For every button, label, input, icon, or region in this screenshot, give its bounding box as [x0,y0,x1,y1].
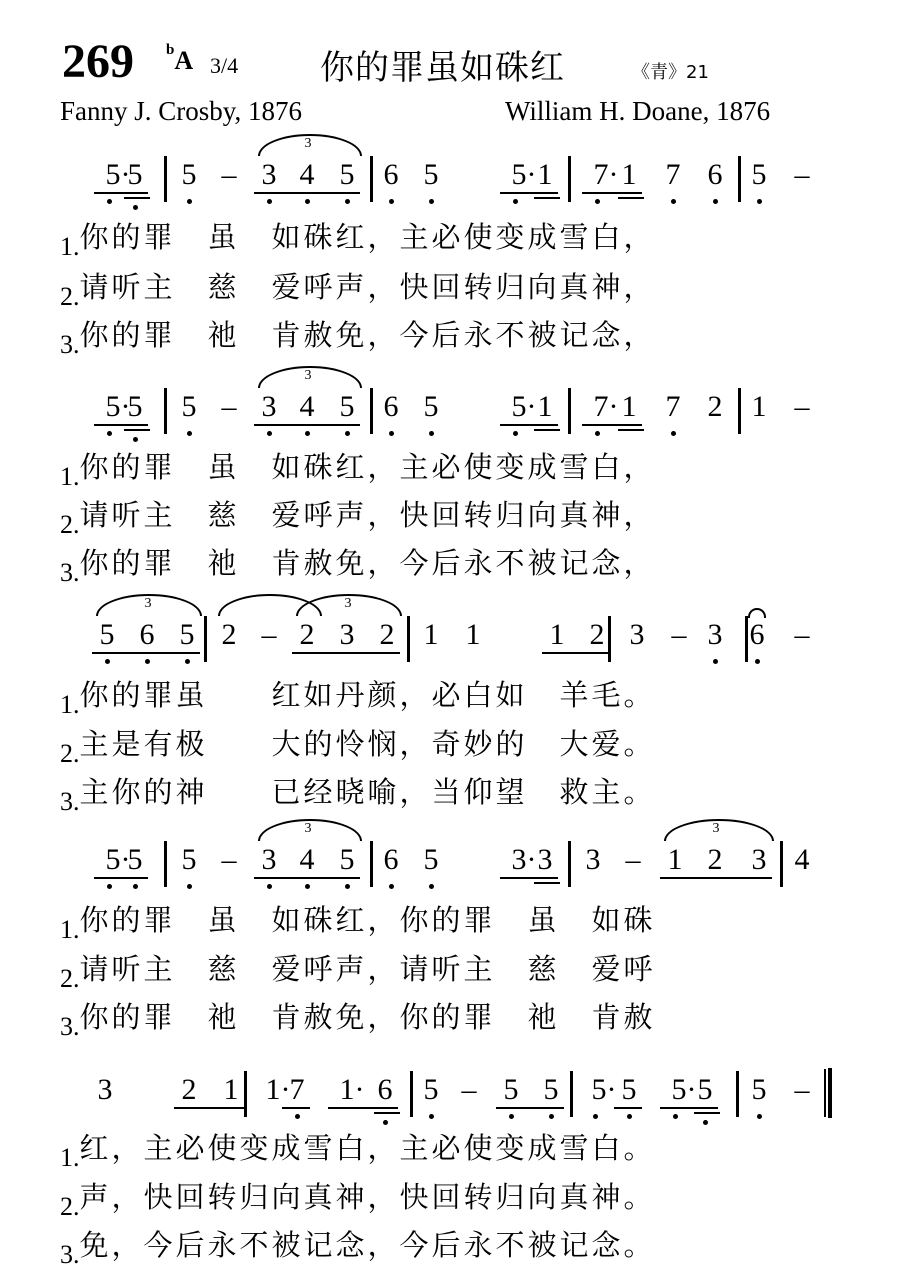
verse-number: 2. [60,510,80,539]
note: 1 [534,392,556,422]
note: 6 [374,1075,396,1105]
bar-line [164,156,167,202]
sixteenth-beam [618,197,644,199]
verse-number: 1. [60,462,80,491]
eighth-beam [282,1107,310,1109]
note: 1 [664,845,686,875]
note: 4 [296,392,318,422]
note: 1 [220,1075,242,1105]
note: 5 [420,160,442,190]
eighth-beam [174,1107,244,1109]
octave-dot-below [757,199,762,204]
bar-line [204,616,207,662]
verse-number: 1. [60,915,80,944]
lyric-text: 你的罪 祂 肯赦免，你的罪 祂 肯赦 [80,1000,656,1034]
verse-number: 1. [60,1143,80,1172]
lyric-text: 请听主 慈 爱呼声，请听主 慈 爱呼 [80,952,656,986]
octave-dot-below [713,199,718,204]
octave-dot-below [107,884,112,889]
note: 2 [218,620,240,650]
lyric-line: 1.你的罪 虽 如硃红，主必使变成雪白， [60,450,656,484]
note: 5 [500,1075,522,1105]
octave-dot-below [429,199,434,204]
octave-dot-below [107,199,112,204]
bar-line [370,841,373,887]
note: 1 [546,620,568,650]
verse-number: 3. [60,787,80,816]
note: 5 [178,845,200,875]
triplet-label: 3 [298,368,318,384]
bar-line [164,841,167,887]
octave-dot-below [513,199,518,204]
note: 1 [748,392,770,422]
triplet-label: 3 [338,596,358,612]
note: 5 [540,1075,562,1105]
lyric-text: 你的罪 虽 如硃红，主必使变成雪白， [80,220,656,254]
sustain-dash: – [258,620,280,650]
note: 7 [286,1075,308,1105]
note: 7 [662,160,684,190]
note: 4 [791,845,813,875]
note: 3 [534,845,556,875]
lyric-text: 你的罪虽 红如丹颜，必白如 羊毛。 [80,678,656,712]
note: 5 [96,620,118,650]
eighth-beam [92,652,200,654]
lyric-text: 你的罪 虽 如硃红，你的罪 虽 如硃 [80,903,656,937]
octave-dot-below [389,199,394,204]
bar-line [570,1071,573,1117]
octave-dot-below [345,199,350,204]
octave-dot-below [673,1114,678,1119]
note: 5 [124,160,146,190]
octave-dot-below [133,884,138,889]
sustain-dash: – [622,845,644,875]
note: 3 [258,392,280,422]
lyric-line: 2.请听主 慈 爱呼声，快回转归向真神， [60,270,656,304]
lyric-line: 3.你的罪 祂 肯赦免，今后永不被记念， [60,318,656,352]
note: 2 [586,620,608,650]
octave-dot-below [593,1114,598,1119]
note: 5 [336,160,358,190]
triplet-label: 3 [138,596,158,612]
eighth-beam [94,192,148,194]
hymn-title: 你的罪虽如硃红 [320,40,565,89]
verse-number: 3. [60,558,80,587]
lyric-line: 3.你的罪 祂 肯赦免，今后永不被记念， [60,546,656,580]
eighth-beam [660,1107,718,1109]
note: 5 [336,845,358,875]
sustain-dash: – [668,620,690,650]
note: 3 [336,620,358,650]
octave-dot-below [305,884,310,889]
sixteenth-beam [124,197,150,199]
composer: William H. Doane, 1876 [505,96,770,127]
octave-dot-below [703,1120,708,1125]
octave-dot-below [145,659,150,664]
bar-line [407,616,410,662]
note: 5 [748,160,770,190]
lyric-text: 请听主 慈 爱呼声，快回转归向真神， [80,498,656,532]
note: 4 [296,160,318,190]
eighth-beam [582,424,642,426]
sustain-dash: – [791,1075,813,1105]
note: 3 [258,160,280,190]
sustain-dash: – [791,620,813,650]
lyric-line: 2.请听主 慈 爱呼声，快回转归向真神， [60,498,656,532]
lyric-line: 1.你的罪虽 红如丹颜，必白如 羊毛。 [60,678,656,712]
note: 5 [420,392,442,422]
time-signature: 3/4 [210,53,238,79]
verse-number: 2. [60,282,80,311]
sixteenth-beam [374,1112,400,1114]
note: 2 [704,392,726,422]
octave-dot-below [595,199,600,204]
octave-dot-below [345,431,350,436]
octave-dot-below [295,1114,300,1119]
octave-dot-below [305,431,310,436]
octave-dot-below [671,199,676,204]
eighth-beam [582,192,642,194]
octave-dot-below [267,199,272,204]
bar-line [370,156,373,202]
lyric-line: 2.请听主 慈 爱呼声，请听主 慈 爱呼 [60,952,656,986]
note: 5 [124,392,146,422]
verse-number: 3. [60,1240,80,1269]
note: 5 [618,1075,640,1105]
note: 7 [662,392,684,422]
eighth-beam [496,1107,564,1109]
sustain-dash: – [218,160,240,190]
eighth-beam [500,192,558,194]
sixteenth-beam [534,197,560,199]
note: 5 [694,1075,716,1105]
bar-line [738,156,741,202]
octave-dot-below [267,884,272,889]
lyric-line: 1.红，主必使变成雪白，主必使变成雪白。 [60,1131,656,1165]
note: 5 [176,620,198,650]
sixteenth-beam [618,429,644,431]
sixteenth-beam [694,1112,720,1114]
note: 1 [618,392,640,422]
note: 4 [296,845,318,875]
bar-line [568,841,571,887]
eighth-beam [660,877,772,879]
lyric-line: 3.主你的神 已经晓喻，当仰望 救主。 [60,775,656,809]
octave-dot-below [187,884,192,889]
eighth-beam [500,424,558,426]
bar-line [370,388,373,434]
octave-dot-below [133,437,138,442]
note: 5 [124,845,146,875]
bar-line [780,841,783,887]
sustain-dash: – [791,160,813,190]
bar-line [410,1071,413,1117]
note: 1 [420,620,442,650]
lyric-text: 主你的神 已经晓喻，当仰望 救主。 [80,775,656,809]
note: 6 [380,845,402,875]
lyric-text: 红，主必使变成雪白，主必使变成雪白。 [80,1131,656,1165]
octave-dot-below [595,431,600,436]
note: 6 [380,160,402,190]
lyric-text: 你的罪 虽 如硃红，主必使变成雪白， [80,450,656,484]
sustain-dash: – [218,392,240,422]
eighth-beam [94,877,148,879]
note: 5 [420,845,442,875]
sixteenth-beam [124,429,150,431]
eighth-beam [542,652,610,654]
bar-line [568,388,571,434]
verse-number: 2. [60,739,80,768]
octave-dot-below [755,659,760,664]
note: 3 [258,845,280,875]
triplet-label: 3 [298,136,318,152]
octave-dot-below [187,199,192,204]
note: 3 [94,1075,116,1105]
octave-dot-below [429,884,434,889]
bar-line [568,156,571,202]
eighth-beam [94,424,148,426]
note: 6 [746,620,768,650]
key-letter: A [174,46,193,75]
lyric-text: 你的罪 祂 肯赦免，今后永不被记念， [80,546,656,580]
sustain-dash: – [791,392,813,422]
note: 5 [178,160,200,190]
lyric-text: 免，今后永不被记念，今后永不被记念。 [80,1228,656,1262]
octave-dot-below [383,1120,388,1125]
verse-number: 1. [60,232,80,261]
note: 5 [336,392,358,422]
verse-number: 1. [60,690,80,719]
eighth-beam [614,1107,642,1109]
octave-dot-below [429,431,434,436]
note: 6 [136,620,158,650]
bar-line [164,388,167,434]
hymnal-source: 《青》21 [632,58,709,84]
verse-number: 3. [60,330,80,359]
note: 1· [332,1075,372,1105]
lyric-line: 3.免，今后永不被记念，今后永不被记念。 [60,1228,656,1262]
eighth-beam [500,877,558,879]
bar-line [738,388,741,434]
octave-dot-below [513,431,518,436]
octave-dot-below [267,431,272,436]
sixteenth-beam [534,882,560,884]
lyric-text: 你的罪 祂 肯赦免，今后永不被记念， [80,318,656,352]
octave-dot-below [429,1114,434,1119]
lyric-text: 请听主 慈 爱呼声，快回转归向真神， [80,270,656,304]
note: 2 [296,620,318,650]
note: 2 [704,845,726,875]
octave-dot-below [133,205,138,210]
lyric-text: 主是有极 大的怜悯，奇妙的 大爱。 [80,727,656,761]
sixteenth-beam [534,429,560,431]
verse-number: 3. [60,1012,80,1041]
octave-dot-below [345,884,350,889]
note: 3 [582,845,604,875]
eighth-beam [254,192,360,194]
hymn-number: 269 [62,38,134,86]
note: 6 [704,160,726,190]
note: 1 [534,160,556,190]
note: 6 [380,392,402,422]
note: 3 [748,845,770,875]
octave-dot-below [105,659,110,664]
eighth-beam [292,652,400,654]
lyric-line: 2.主是有极 大的怜悯，奇妙的 大爱。 [60,727,656,761]
lyric-line: 3.你的罪 祂 肯赦免，你的罪 祂 肯赦 [60,1000,656,1034]
eighth-beam [328,1107,398,1109]
bar-line [608,616,611,662]
eighth-beam [254,877,360,879]
note: 5 [420,1075,442,1105]
sustain-dash: – [218,845,240,875]
triplet-label: 3 [706,821,726,837]
lyricist: Fanny J. Crosby, 1876 [60,96,302,127]
note: 3 [704,620,726,650]
note: 2 [178,1075,200,1105]
note: 3 [626,620,648,650]
key-signature: bA [166,46,193,76]
bar-line [736,1071,739,1117]
verse-number: 2. [60,964,80,993]
octave-dot-below [107,431,112,436]
octave-dot-below [713,659,718,664]
octave-dot-below [389,431,394,436]
sustain-dash: – [458,1075,480,1105]
flat-symbol: b [166,42,174,58]
eighth-beam [254,424,360,426]
fermata-icon [748,608,766,618]
octave-dot-below [627,1114,632,1119]
lyric-line: 2.声，快回转归向真神，快回转归向真神。 [60,1180,656,1214]
octave-dot-below [509,1114,514,1119]
bar-line [244,1071,247,1117]
bar-line [745,616,748,662]
final-bar-line [824,1069,826,1117]
lyric-text: 声，快回转归向真神，快回转归向真神。 [80,1180,656,1214]
triplet-label: 3 [298,821,318,837]
octave-dot-below [389,884,394,889]
note: 5 [748,1075,770,1105]
octave-dot-below [187,431,192,436]
octave-dot-below [305,199,310,204]
note: 2 [376,620,398,650]
lyric-line: 1.你的罪 虽 如硃红，主必使变成雪白， [60,220,656,254]
octave-dot-below [671,431,676,436]
lyric-line: 1.你的罪 虽 如硃红，你的罪 虽 如硃 [60,903,656,937]
note: 1 [462,620,484,650]
octave-dot-below [757,1114,762,1119]
verse-number: 2. [60,1192,80,1221]
octave-dot-below [185,659,190,664]
note: 1 [618,160,640,190]
note: 5 [178,392,200,422]
octave-dot-below [549,1114,554,1119]
